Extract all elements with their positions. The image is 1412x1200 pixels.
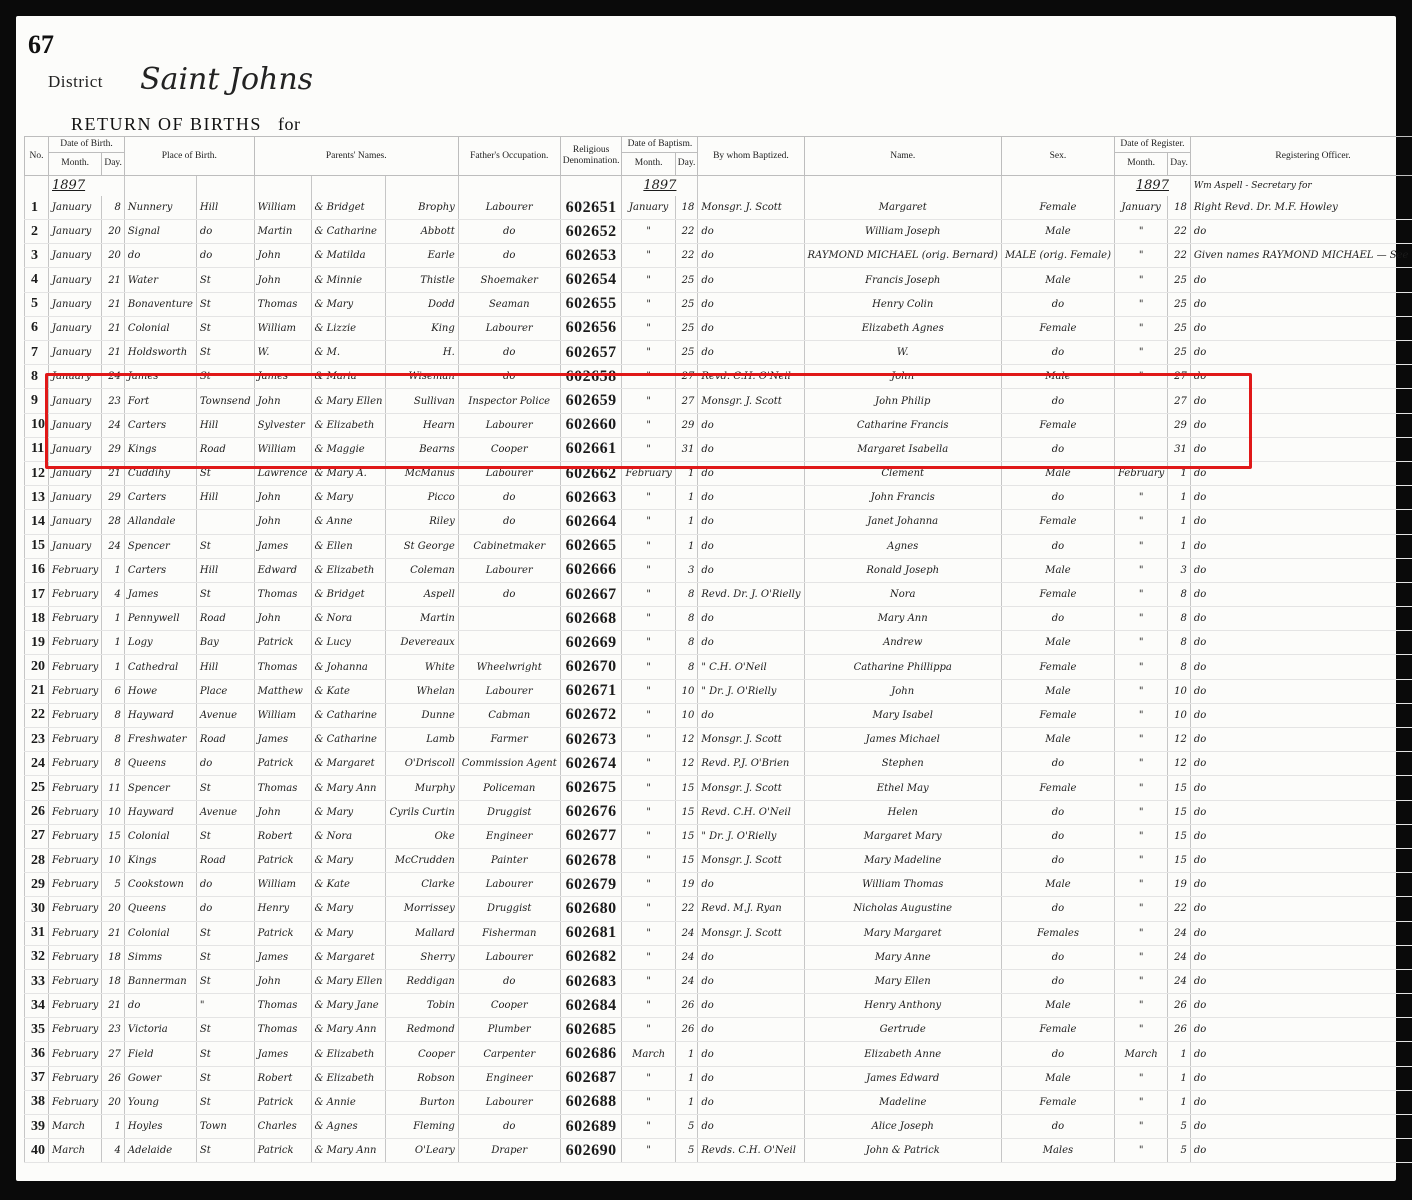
fathers-occupation: Cabinetmaker [458,534,560,558]
baptism-month: " [622,1115,675,1139]
registration-number: 602656 [560,316,622,340]
child-name: Janet Johanna [804,510,1001,534]
father-name: Thomas [254,994,311,1018]
place-of-birth: Freshwater [124,728,196,752]
place-of-birth: Kings [124,848,196,872]
birth-day: 21 [102,921,125,945]
child-name: John Francis [804,486,1001,510]
child-name: Catharine Francis [804,413,1001,437]
child-name: John & Patrick [804,1139,1001,1163]
baptism-month: " [622,413,675,437]
father-name: Patrick [254,921,311,945]
birth-month: March [49,1115,102,1139]
child-name: John [804,365,1001,389]
header-sex: Sex. [1001,137,1114,176]
sex: Female [1001,196,1114,220]
registering-officer: do [1190,582,1412,606]
sex: Female [1001,1090,1114,1114]
place-of-birth: Queens [124,897,196,921]
surname: Riley [386,510,458,534]
father-name: Thomas [254,776,311,800]
birth-day: 20 [102,1090,125,1114]
surname: Aspell [386,582,458,606]
register-month: January [1114,196,1167,220]
register-day: 15 [1168,824,1191,848]
register-month: " [1114,1066,1167,1090]
baptized-by: do [698,437,804,461]
baptism-month: " [622,752,675,776]
baptism-month: " [622,824,675,848]
fathers-occupation: Labourer [458,679,560,703]
baptism-day: 15 [675,824,698,848]
baptized-by: do [698,631,804,655]
baptism-day: 26 [675,994,698,1018]
registration-number: 602678 [560,848,622,872]
table-row: 31February21ColonialStPatrick& MaryMalla… [25,921,1412,945]
fathers-occupation: do [458,969,560,993]
registration-number: 602687 [560,1066,622,1090]
birth-day: 4 [102,582,125,606]
baptism-month: " [622,728,675,752]
registering-officer: do [1190,776,1412,800]
register-month: " [1114,679,1167,703]
birth-day: 1 [102,631,125,655]
baptized-by: do [698,873,804,897]
baptism-month: " [622,800,675,824]
sex: Female [1001,510,1114,534]
registration-number: 602679 [560,873,622,897]
place-of-birth: Pennywell [124,607,196,631]
birth-day: 18 [102,969,125,993]
register-month: " [1114,703,1167,727]
registering-officer: do [1190,679,1412,703]
baptized-by: do [698,1066,804,1090]
baptism-day: 15 [675,848,698,872]
sex: Female [1001,316,1114,340]
place-of-birth: Cathedral [124,655,196,679]
birth-day: 1 [102,558,125,582]
father-name: John [254,800,311,824]
place-of-birth-suffix: Road [196,848,254,872]
row-number: 6 [25,316,49,340]
fathers-occupation: Commission Agent [458,752,560,776]
sex: Female [1001,703,1114,727]
child-name: Margaret Mary [804,824,1001,848]
fathers-occupation [458,631,560,655]
register-day: 22 [1168,220,1191,244]
father-name: James [254,1042,311,1066]
fathers-occupation: Labourer [458,413,560,437]
row-number: 15 [25,534,49,558]
birth-month: March [49,1139,102,1163]
register-month: " [1114,873,1167,897]
baptism-day: 5 [675,1139,698,1163]
registration-number: 602655 [560,292,622,316]
baptized-by: do [698,969,804,993]
father-name: John [254,969,311,993]
fathers-occupation: Carpenter [458,1042,560,1066]
baptism-day: 15 [675,776,698,800]
baptism-day: 8 [675,655,698,679]
sex: Male [1001,268,1114,292]
father-name: John [254,510,311,534]
register-day: 24 [1168,945,1191,969]
row-number: 31 [25,921,49,945]
father-name: Charles [254,1115,311,1139]
place-of-birth: Signal [124,220,196,244]
registration-number: 602685 [560,1018,622,1042]
table-row: 12January21CuddihyStLawrence& Mary A.McM… [25,461,1412,485]
birth-month: February [49,582,102,606]
row-number: 32 [25,945,49,969]
baptism-day: 25 [675,341,698,365]
birth-month: February [49,1090,102,1114]
sex: do [1001,824,1114,848]
registering-officer: do [1190,1115,1412,1139]
row-number: 27 [25,824,49,848]
baptism-day: 1 [675,1066,698,1090]
mother-name: & Catharine [311,728,386,752]
baptized-by: Monsgr. J. Scott [698,389,804,413]
place-of-birth-suffix: St [196,1018,254,1042]
surname: Whelan [386,679,458,703]
registration-number: 602686 [560,1042,622,1066]
registration-number: 602676 [560,800,622,824]
registering-officer: do [1190,752,1412,776]
place-of-birth-suffix: Hill [196,196,254,220]
register-day: 1 [1168,1090,1191,1114]
table-row: 14January28AllandaleJohn& AnneRileydo602… [25,510,1412,534]
registration-number: 602659 [560,389,622,413]
birth-month: February [49,824,102,848]
father-name: Thomas [254,655,311,679]
birth-month: January [49,486,102,510]
mother-name: & Mary Ellen [311,969,386,993]
row-number: 8 [25,365,49,389]
registration-number: 602651 [560,196,622,220]
register-month: " [1114,800,1167,824]
registering-officer: do [1190,897,1412,921]
birth-day: 20 [102,220,125,244]
surname: Fleming [386,1115,458,1139]
header-birth-day: Day. [102,152,125,175]
registering-officer: do [1190,921,1412,945]
place-of-birth-suffix: St [196,945,254,969]
surname: Tobin [386,994,458,1018]
birth-day: 15 [102,824,125,848]
fathers-occupation: Cooper [458,994,560,1018]
register-month: " [1114,292,1167,316]
registration-number: 602661 [560,437,622,461]
registration-number: 602660 [560,413,622,437]
place-of-birth: Water [124,268,196,292]
table-row: 34February21do"Thomas& Mary JaneTobinCoo… [25,994,1412,1018]
registering-officer: do [1190,316,1412,340]
place-of-birth: Spencer [124,776,196,800]
child-name: William Joseph [804,220,1001,244]
birth-day: 5 [102,873,125,897]
register-day: 1 [1168,486,1191,510]
surname: Redmond [386,1018,458,1042]
table-row: 40March4AdelaideStPatrick& Mary AnnO'Lea… [25,1139,1412,1163]
row-number: 19 [25,631,49,655]
sex: Male [1001,873,1114,897]
table-row: 37February26GowerStRobert& ElizabethRobs… [25,1066,1412,1090]
surname: Clarke [386,873,458,897]
surname: Morrissey [386,897,458,921]
place-of-birth: do [124,994,196,1018]
table-row: 11January29KingsRoadWilliam& MaggieBearn… [25,437,1412,461]
row-number: 21 [25,679,49,703]
birth-day: 8 [102,196,125,220]
table-row: 30February20QueensdoHenry& MaryMorrissey… [25,897,1412,921]
fathers-occupation: Cooper [458,437,560,461]
surname: Picco [386,486,458,510]
mother-name: & Mary [311,486,386,510]
birth-day: 21 [102,461,125,485]
header-no: No. [25,137,49,176]
birth-month: January [49,534,102,558]
child-name: Nicholas Augustine [804,897,1001,921]
row-number: 25 [25,776,49,800]
surname: Devereaux [386,631,458,655]
year-row: 1897 1897 1897 Wm Aspell - Secretary for [25,175,1412,196]
place-of-birth-suffix: St [196,969,254,993]
surname: Murphy [386,776,458,800]
fathers-occupation: do [458,582,560,606]
mother-name: & Mary [311,848,386,872]
sex: Female [1001,413,1114,437]
mother-name: & Bridget [311,582,386,606]
registration-number: 602657 [560,341,622,365]
row-number: 34 [25,994,49,1018]
mother-name: & Kate [311,873,386,897]
fathers-occupation: do [458,244,560,268]
table-row: 1January8NunneryHillWilliam& BridgetBrop… [25,196,1412,220]
row-number: 13 [25,486,49,510]
registering-officer: do [1190,607,1412,631]
surname: St George [386,534,458,558]
table-row: 23February8FreshwaterRoadJames& Catharin… [25,728,1412,752]
baptism-month: " [622,510,675,534]
place-of-birth: Cuddihy [124,461,196,485]
row-number: 35 [25,1018,49,1042]
register-day: 8 [1168,607,1191,631]
registering-officer: do [1190,631,1412,655]
table-row: 18February1PennywellRoadJohn& NoraMartin… [25,607,1412,631]
place-of-birth: Gower [124,1066,196,1090]
surname: Cooper [386,1042,458,1066]
baptized-by: Monsgr. J. Scott [698,848,804,872]
registration-number: 602680 [560,897,622,921]
registering-officer: do [1190,1090,1412,1114]
register-year: 1897 [1136,178,1169,193]
register-month: " [1114,897,1167,921]
mother-name: & Mary [311,921,386,945]
baptized-by: do [698,486,804,510]
baptism-month: " [622,1090,675,1114]
place-of-birth: Field [124,1042,196,1066]
fathers-occupation: Druggist [458,800,560,824]
register-day: 10 [1168,703,1191,727]
birth-day: 21 [102,994,125,1018]
register-month: " [1114,268,1167,292]
row-number: 2 [25,220,49,244]
register-month: " [1114,316,1167,340]
place-of-birth-suffix: do [196,244,254,268]
fathers-occupation: Fisherman [458,921,560,945]
baptized-by: do [698,316,804,340]
surname: Wiseman [386,365,458,389]
register-day: 1 [1168,461,1191,485]
surname: King [386,316,458,340]
birth-day: 8 [102,728,125,752]
mother-name: & Maria [311,365,386,389]
birth-day: 27 [102,1042,125,1066]
register-day: 25 [1168,268,1191,292]
surname: Oke [386,824,458,848]
sex: do [1001,389,1114,413]
mother-name: & Nora [311,824,386,848]
place-of-birth: Colonial [124,921,196,945]
registering-officer: do [1190,873,1412,897]
row-number: 36 [25,1042,49,1066]
place-of-birth-suffix: Hill [196,558,254,582]
register-day: 5 [1168,1139,1191,1163]
place-of-birth-suffix: do [196,873,254,897]
father-name: Patrick [254,1139,311,1163]
mother-name: & Catharine [311,220,386,244]
mother-name: & Annie [311,1090,386,1114]
sex: Male [1001,728,1114,752]
birth-month: January [49,365,102,389]
birth-month: January [49,244,102,268]
register-month: " [1114,1115,1167,1139]
register-month: " [1114,752,1167,776]
birth-month: February [49,921,102,945]
father-name: James [254,534,311,558]
child-name: Mary Anne [804,945,1001,969]
sex: MALE (orig. Female) [1001,244,1114,268]
register-day: 15 [1168,776,1191,800]
birth-month: February [49,1042,102,1066]
registration-number: 602684 [560,994,622,1018]
register-month: " [1114,365,1167,389]
baptism-month: " [622,1018,675,1042]
table-row: 38February20YoungStPatrick& AnnieBurtonL… [25,1090,1412,1114]
register-day: 25 [1168,341,1191,365]
registration-number: 602668 [560,607,622,631]
place-of-birth-suffix [196,510,254,534]
fathers-occupation: Labourer [458,558,560,582]
mother-name: & Mary A. [311,461,386,485]
place-of-birth-suffix: Road [196,728,254,752]
baptized-by: do [698,461,804,485]
table-row: 17February4JamesStThomas& BridgetAspelld… [25,582,1412,606]
title-text: RETURN OF BIRTHS [71,114,262,134]
registration-number: 602674 [560,752,622,776]
baptism-day: 1 [675,534,698,558]
place-of-birth-suffix: do [196,220,254,244]
place-of-birth-suffix: St [196,341,254,365]
fathers-occupation: do [458,486,560,510]
register-day: 25 [1168,292,1191,316]
row-number: 16 [25,558,49,582]
sex: Male [1001,679,1114,703]
father-name: Patrick [254,631,311,655]
registering-officer: do [1190,1066,1412,1090]
birth-day: 20 [102,897,125,921]
baptism-month: March [622,1042,675,1066]
baptism-month: " [622,437,675,461]
registering-officer: do [1190,486,1412,510]
registering-officer: do [1190,510,1412,534]
mother-name: & Ellen [311,534,386,558]
mother-name: & Lizzie [311,316,386,340]
row-number: 39 [25,1115,49,1139]
registration-number: 602669 [560,631,622,655]
table-row: 39March1HoylesTownCharles& AgnesFlemingd… [25,1115,1412,1139]
header-birth-month: Month. [49,152,102,175]
fathers-occupation: Labourer [458,316,560,340]
register-day: 8 [1168,631,1191,655]
birth-month: January [49,220,102,244]
register-day: 10 [1168,679,1191,703]
birth-month: February [49,728,102,752]
register-day: 27 [1168,365,1191,389]
row-number: 37 [25,1066,49,1090]
place-of-birth-suffix: Avenue [196,800,254,824]
child-name: Mary Ann [804,607,1001,631]
place-of-birth: Logy [124,631,196,655]
place-of-birth: Colonial [124,824,196,848]
fathers-occupation: Labourer [458,1090,560,1114]
surname: Hearn [386,413,458,437]
birth-day: 24 [102,534,125,558]
place-of-birth-suffix: Place [196,679,254,703]
row-number: 24 [25,752,49,776]
surname: Reddigan [386,969,458,993]
surname: White [386,655,458,679]
baptism-month: " [622,679,675,703]
place-of-birth-suffix: St [196,582,254,606]
sex: Male [1001,1066,1114,1090]
registering-officer: do [1190,1139,1412,1163]
registering-officer: do [1190,437,1412,461]
baptism-month: " [622,244,675,268]
place-of-birth-suffix: St [196,776,254,800]
father-name: John [254,389,311,413]
baptism-month: " [622,607,675,631]
baptism-day: 19 [675,873,698,897]
mother-name: & Johanna [311,655,386,679]
father-name: Sylvester [254,413,311,437]
register-day: 26 [1168,1018,1191,1042]
baptism-month: " [622,534,675,558]
registration-number: 602688 [560,1090,622,1114]
baptized-by: Monsgr. J. Scott [698,196,804,220]
row-number: 14 [25,510,49,534]
birth-day: 23 [102,389,125,413]
baptism-month: " [622,486,675,510]
child-name: RAYMOND MICHAEL (orig. Bernard) [804,244,1001,268]
fathers-occupation: Plumber [458,1018,560,1042]
register-month: " [1114,824,1167,848]
surname: Dodd [386,292,458,316]
registration-number: 602672 [560,703,622,727]
sex: do [1001,486,1114,510]
baptized-by: Revd. M.J. Ryan [698,897,804,921]
